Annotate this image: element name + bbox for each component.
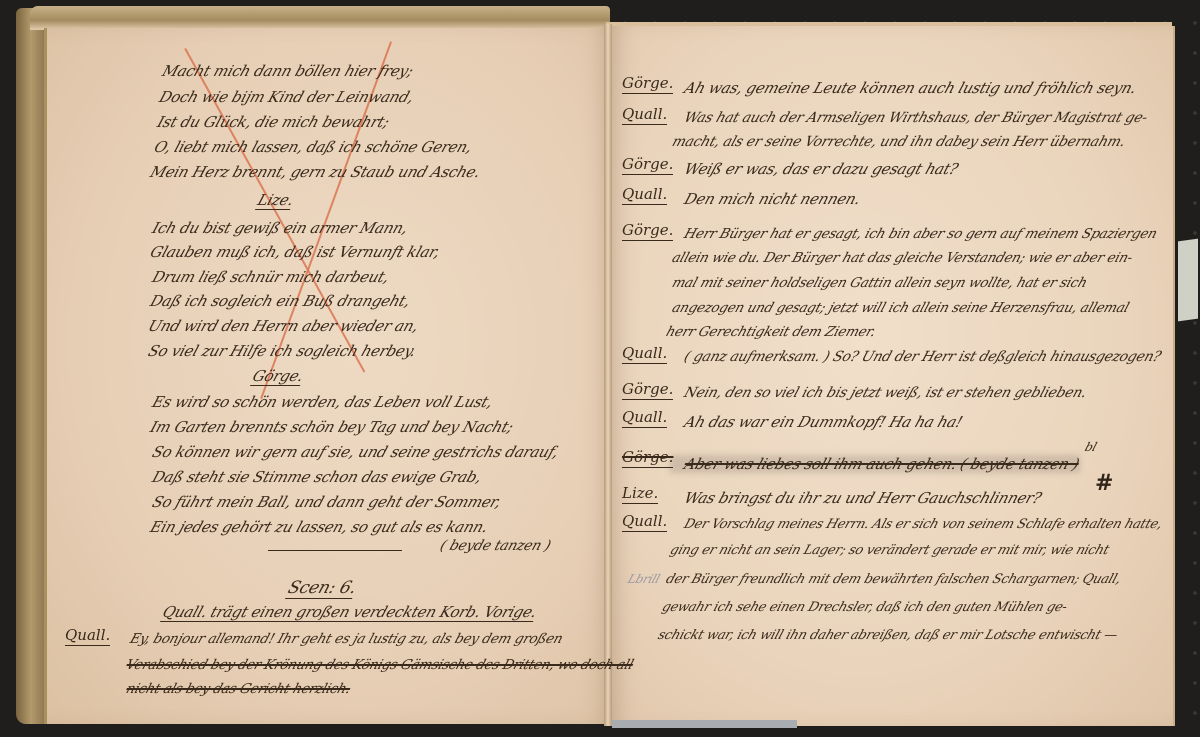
inserted-paper-slip [1178, 239, 1198, 322]
quall-line-struck: nicht als bey das Gericht herzlich. [124, 681, 353, 697]
verse1-line: O, liebt mich lassen, daß ich schöne Ger… [152, 138, 474, 156]
margin-pencil-note: Lbrill [626, 572, 662, 586]
dialogue-line: allein wie du. Der Bürger hat das gleich… [670, 250, 1135, 266]
quall-line-partially-struck: Verabschied bey der Krönung des Königs G… [124, 657, 635, 673]
verse3-line: Es wird so schön werden, das Leben voll … [150, 393, 495, 411]
speaker-goerge: Görge. [622, 221, 673, 241]
verse-end-rule [268, 550, 402, 551]
dialogue-line-struck: Aber was liebes soll ihm auch gehen. ( b… [682, 455, 1082, 473]
verse3-line: So führt mein Ball, und dann geht der So… [150, 493, 503, 511]
dialogue-line: Ah das war ein Dummkopf! Ha ha ha! [682, 413, 965, 431]
dialogue-line: ging er nicht an sein Lager; so veränder… [668, 543, 1111, 558]
dialogue-line: Weiß er was, das er dazu gesagt hat? [682, 160, 960, 178]
speaker-goerge: Görge. [622, 74, 673, 94]
dialogue-line: angezogen und gesagt; jetzt will ich all… [670, 300, 1131, 316]
deletion-cross-marks: # [1095, 470, 1113, 496]
dialogue-line: mal mit seiner holdseligen Gattin allein… [670, 275, 1089, 291]
dialogue-line: ( ganz aufmerksam. ) So? Und der Herr is… [682, 349, 1163, 365]
dialogue-line: macht, als er seine Vorrechte, und ihn d… [670, 134, 1127, 150]
speaker-lize: Lize. [622, 484, 658, 504]
binding-strip [612, 720, 797, 728]
dialogue-line: Nein, den so viel ich bis jetzt weiß, is… [682, 385, 1089, 401]
speaker-quall: Quall. [622, 105, 667, 125]
stage-direction-both-dance: ( beyde tanzen ) [438, 538, 553, 554]
speaker-goerge: Görge. [622, 380, 673, 400]
verse2-line: So viel zur Hilfe ich sogleich herbey. [146, 342, 418, 360]
dialogue-line: Der Vorschlag meines Herrn. Als er sich … [682, 517, 1164, 532]
dialogue-line: gewahr ich sehe einen Drechsler, daß ich… [660, 600, 1069, 615]
dialogue-line: Was bringst du ihr zu und Herr Gauchschl… [682, 489, 1044, 507]
verse1-line: Doch wie bijm Kind der Leinwand, [157, 88, 416, 106]
quall-line: Ey, bonjour allemand! Ihr geht es ja lus… [128, 631, 565, 647]
right-page [608, 26, 1175, 726]
verse3-line: So können wir gern auf sie, und seine ge… [150, 443, 561, 461]
verse3-line: Daß steht sie Stimme schon das ewige Gra… [150, 468, 484, 486]
verse3-line: Im Garten brennts schön bey Tag und bey … [148, 418, 516, 436]
verse3-line: Ein jedes gehört zu lassen, so gut als e… [148, 518, 490, 536]
speaker-quall: Quall. [65, 626, 110, 646]
verse2-line: Drum ließ schnür mich darbeut, [150, 268, 391, 286]
scene-heading: Scen: 6. [285, 578, 359, 599]
dialogue-line: Ah was, gemeine Leute können auch lustig… [682, 79, 1139, 97]
verse1-line: Macht mich dann böllen hier frey; [160, 62, 416, 80]
dialogue-line: Den mich nicht nennen. [682, 190, 863, 208]
verse1-line: Ist du Glück, die mich bewahrt; [155, 113, 392, 131]
dialogue-line: herr Gerechtigkeit dem Ziemer. [664, 324, 878, 340]
speaker-goerge: Görge. [622, 155, 673, 175]
speaker-goerge-struck: Görge. [622, 448, 673, 468]
verse2-line: Daß ich sogleich ein Buß drangeht, [148, 292, 413, 310]
speaker-quall: Quall. [622, 408, 667, 428]
dialogue-line: der Bürger freundlich mit dem bewährten … [664, 572, 1123, 587]
scene-stage-direction: Quall. trägt einen großen verdeckten Kor… [160, 603, 539, 622]
dialogue-line: Herr Bürger hat er gesagt, ich bin aber … [682, 226, 1159, 242]
verse2-line: Ich du bist gewiß ein armer Mann, [150, 219, 410, 237]
book-gutter [604, 24, 612, 726]
dialogue-line: schickt war, ich will ihn daher abreißen… [656, 628, 1119, 643]
page-edges-top [30, 6, 610, 30]
speaker-quall: Quall. [622, 185, 667, 205]
verse2-line: Und wird den Herrn aber wieder an, [146, 317, 421, 335]
speaker-quall: Quall. [622, 344, 667, 364]
speaker-heading-lize: Lize. [255, 191, 296, 210]
verse1-line: Mein Herz brennt, gern zu Staub und Asch… [148, 163, 483, 181]
verse2-line: Glauben muß ich, daß ist Vernunft klar, [148, 243, 442, 261]
open-manuscript: Macht mich dann böllen hier frey; Doch w… [0, 0, 1200, 737]
dialogue-line: Was hat auch der Armseligen Wirthshaus, … [682, 110, 1149, 126]
speaker-quall: Quall. [622, 512, 667, 532]
speaker-heading-goerge: Görge. [250, 367, 306, 386]
